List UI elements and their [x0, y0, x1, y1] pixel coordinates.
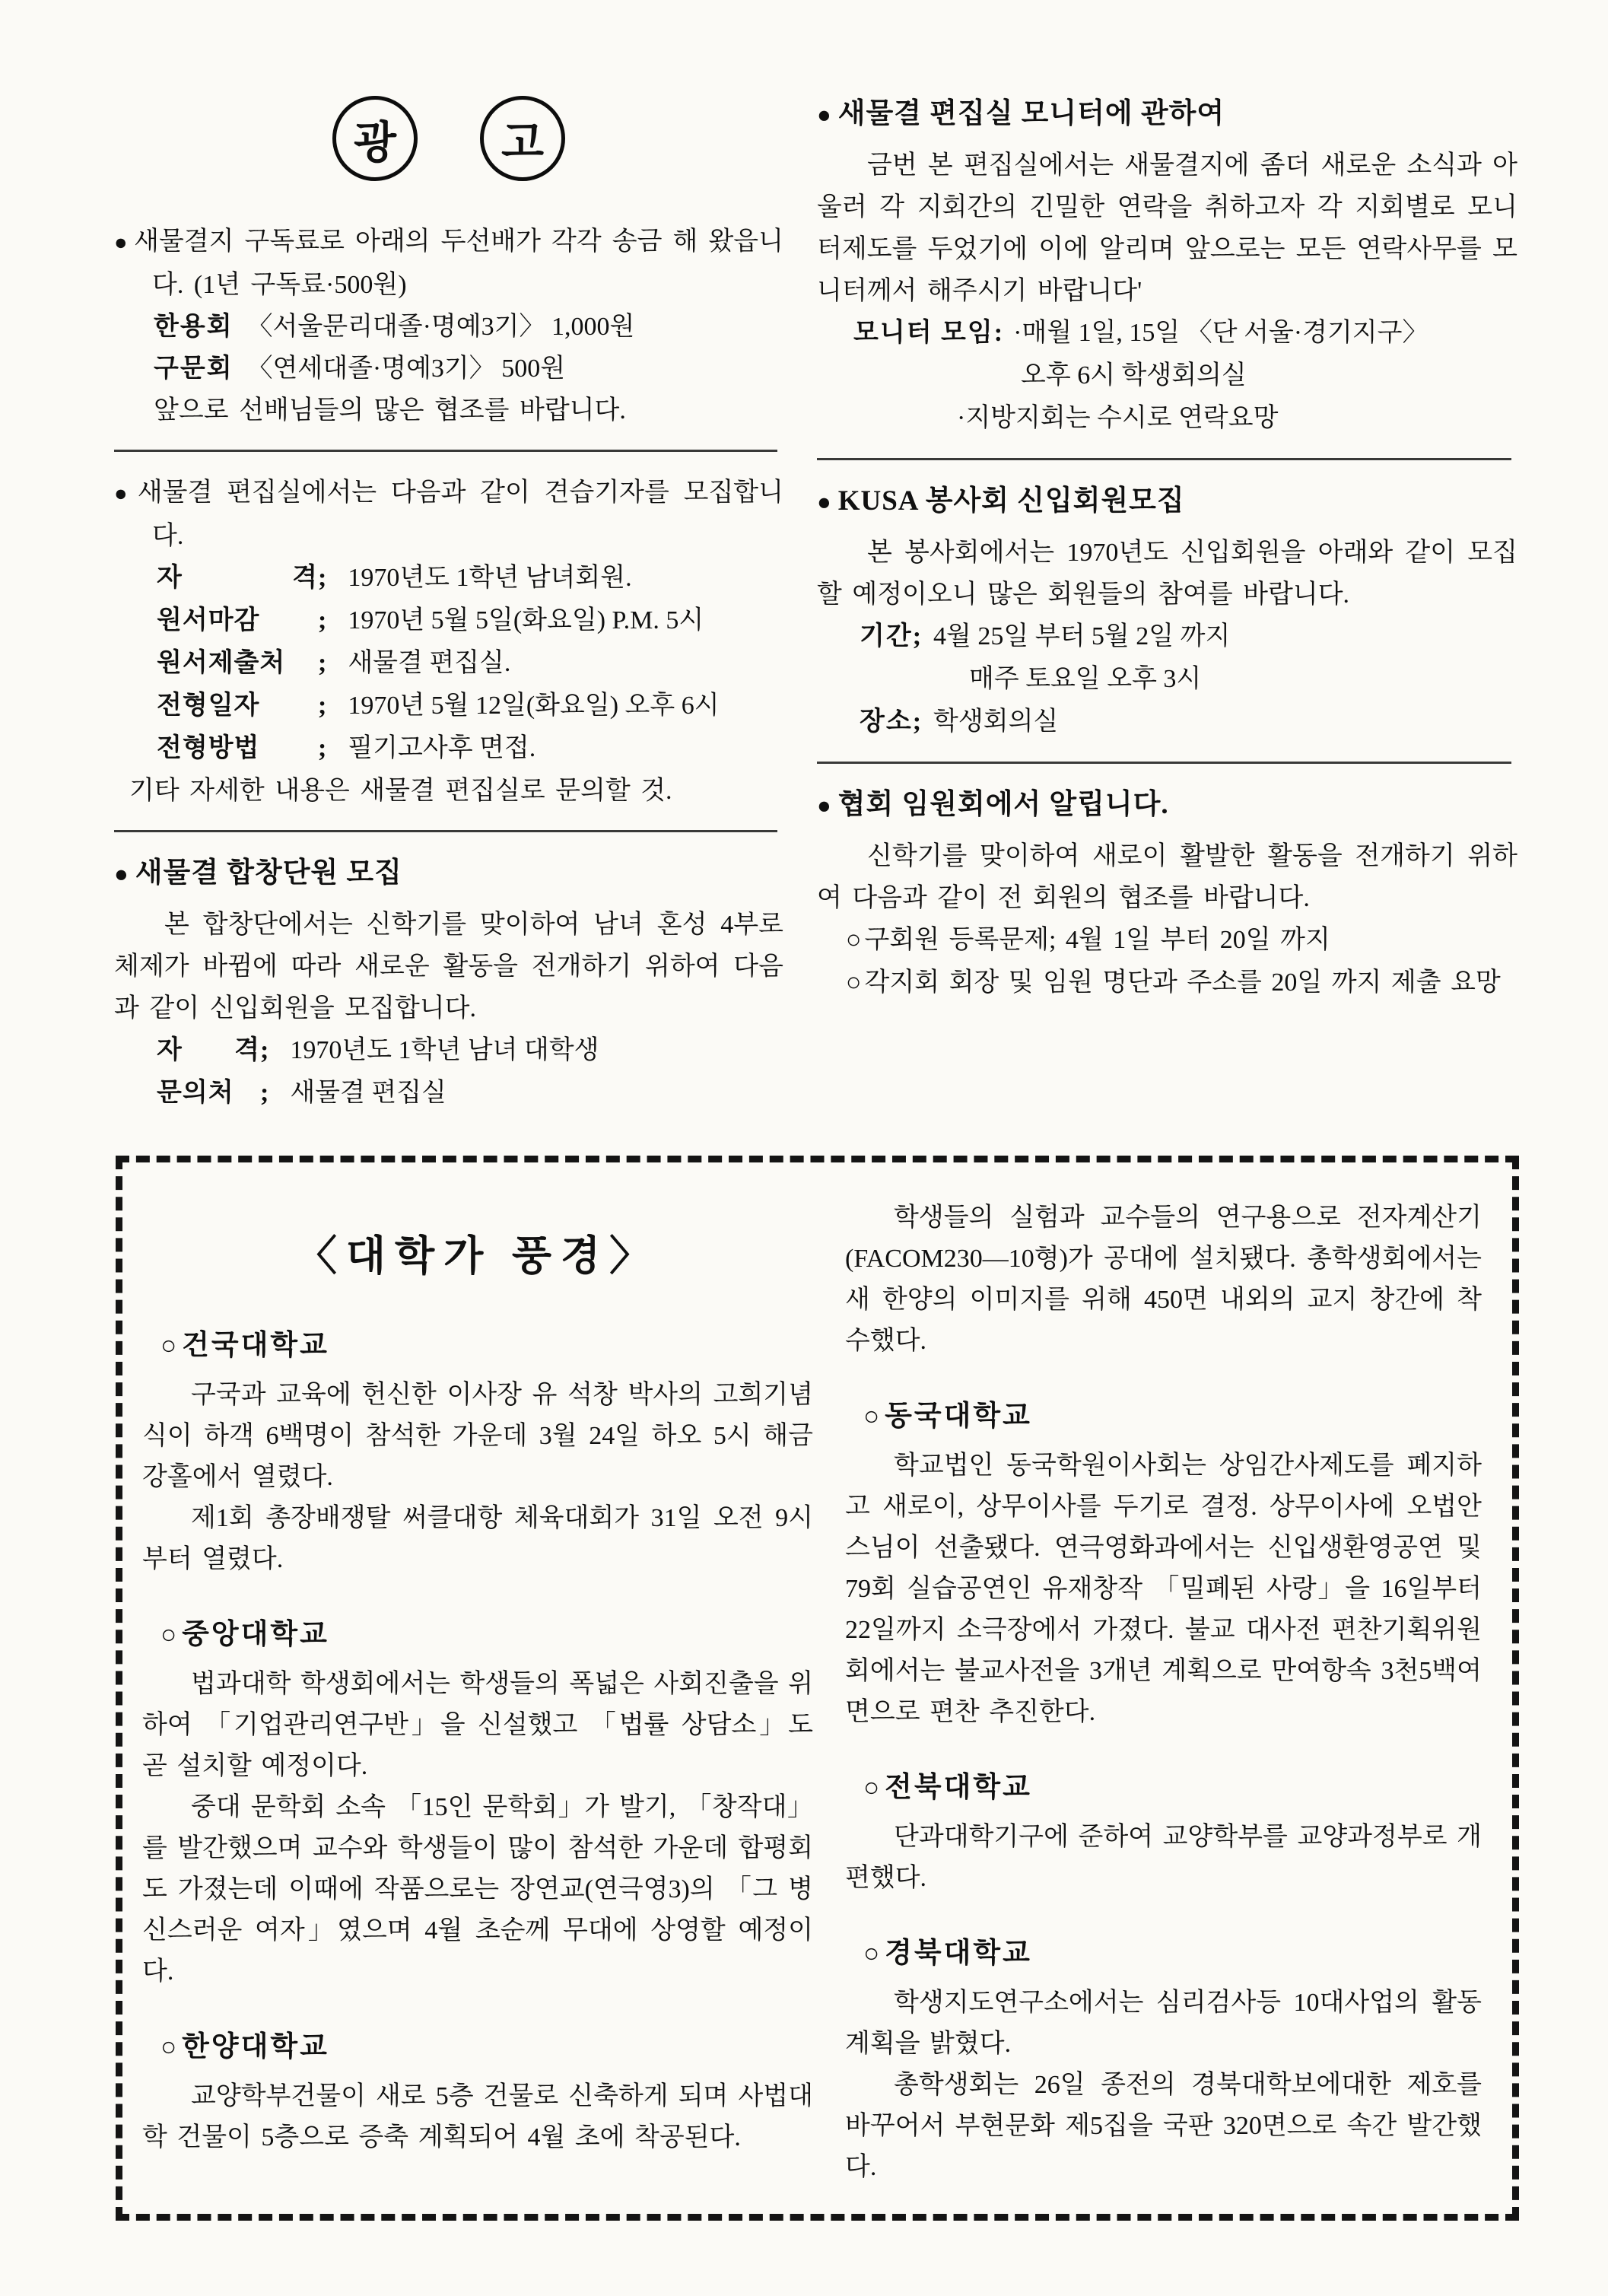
uni-paragraph: 학교법인 동국학원이사회는 상임간사제도를 폐지하고 새로이, 상무이사를 두기… [845, 1445, 1482, 1733]
section-divider [817, 762, 1511, 764]
uni-heading: ○동국대학교 [863, 1397, 1482, 1436]
uni-name: 동국대학교 [885, 1401, 1032, 1432]
donor-row: 한용회〈서울문리대졸·명예3기〉 1,000원 [114, 306, 783, 348]
circle-marker-icon: ○ [160, 1331, 179, 1360]
donor-detail: 〈서울문리대졸·명예3기〉 1,000원 [247, 313, 635, 341]
council-item-text: 구회원 등록문제; 4월 1일 부터 20일 까지 [865, 926, 1330, 954]
circle-marker-icon: ○ [846, 968, 862, 997]
campus-box-title: 〈대학가 풍경〉 [142, 1223, 813, 1282]
bullet-icon: ● [114, 860, 129, 887]
uni-section-jeonbuk: ○전북대학교 단과대학기구에 준하여 교양학부를 교양과정부로 개편했다. [845, 1768, 1482, 1899]
uni-paragraph: 총학생회는 26일 종전의 경북대학보에대한 제호를 바꾸어서 부현문화 제5집… [845, 2065, 1482, 2188]
detail-value: 필기고사후 면접. [348, 727, 535, 770]
detail-separator: ; [913, 615, 921, 658]
campus-news-box: 〈대학가 풍경〉 ○건국대학교 구국과 교육에 헌신한 이사장 유 석창 박사의… [116, 1156, 1519, 2221]
detail-row-submit-place: 원서제출처;새물결 편집실. [114, 642, 783, 685]
detail-row-period: 기간;4월 25일 부터 5월 2일 까지 [817, 615, 1517, 658]
detail-value: 1970년 5월 12일(화요일) 오후 6시 [348, 685, 719, 727]
section-kusa-recruit: ●KUSA 봉사회 신입회원모집 본 봉사회에서는 1970년도 신입회원을 아… [817, 480, 1517, 743]
masthead-seal-right: 고 [480, 96, 565, 181]
detail-value: 1970년 5월 5일(화요일) P.M. 5시 [348, 599, 704, 642]
campus-right-column: 학생들의 실험과 교수들의 연구용으로 전자계산기 (FACOM230—10형)… [845, 1193, 1482, 2183]
detail-label: 문의처 [157, 1072, 260, 1115]
detail-label: 기간 [860, 615, 913, 658]
uni-name: 건국대학교 [182, 1330, 329, 1361]
masthead-seal-left: 광 [332, 96, 418, 181]
section-divider [114, 830, 777, 832]
detail-label: 원서제출처 [157, 642, 318, 685]
circle-marker-icon: ○ [160, 2032, 179, 2062]
newspaper-page: 광 고 ●새물결지 구독료로 아래의 두선배가 각각 송금 해 왔읍니다. (1… [0, 0, 1608, 2296]
circle-marker-icon: ○ [846, 926, 862, 954]
detail-value: 새물결 편집실 [290, 1072, 446, 1115]
council-item: ○구회원 등록문제; 4월 1일 부터 20일 까지 [817, 919, 1517, 962]
uni-name: 전북대학교 [885, 1772, 1032, 1803]
right-column: ●새물결 편집실 모니터에 관하여 금번 본 편집실에서는 새물결지에 좀더 새… [817, 90, 1517, 1004]
uni-section-konkuk: ○건국대학교 구국과 교육에 헌신한 이사장 유 석창 박사의 고희기념식이 하… [142, 1326, 813, 1580]
kusa-heading: ●KUSA 봉사회 신입회원모집 [817, 480, 1517, 523]
uni-paragraph: 법과대학 학생회에서는 학생들의 폭넓은 사회진출을 위하여 「기업관리연구반」… [142, 1664, 813, 1787]
monitor-meeting-row: 모니터 모임:·매월 1일, 15일 〈단 서울·경기지구〉 [817, 312, 1517, 355]
detail-separator: ; [260, 1029, 269, 1072]
reporter-intro-text: 새물결 편집실에서는 다음과 같이 견습기자를 모집합니다. [138, 479, 783, 550]
section-subscription: ●새물결지 구독료로 아래의 두선배가 각각 송금 해 왔읍니다. (1년 구독… [114, 221, 783, 431]
circle-marker-icon: ○ [863, 1938, 882, 1968]
uni-heading: ○경북대학교 [863, 1934, 1482, 1973]
section-divider [114, 450, 777, 452]
monitor-heading: ●새물결 편집실 모니터에 관하여 [817, 93, 1517, 135]
council-body: 신학기를 맞이하여 새로이 활발한 활동을 전개하기 위하여 다음과 같이 전 … [817, 835, 1517, 919]
uni-name: 한양대학교 [182, 2031, 329, 2062]
detail-separator: ; [318, 727, 326, 770]
meeting-label: 모니터 모임 [853, 319, 994, 347]
uni-section-kyungpook: ○경북대학교 학생지도연구소에서는 심리검사등 10대사업의 활동계획을 밝혔다… [845, 1934, 1482, 2188]
choir-heading: ●새물결 합창단원 모집 [114, 852, 783, 895]
uni-paragraph: 구국과 교육에 헌신한 이사장 유 석창 박사의 고희기념식이 하객 6백명이 … [142, 1375, 813, 1498]
choir-body: 본 합창단에서는 신학기를 맞이하여 남녀 혼성 4부로 체제가 바뀜에 따라 … [114, 904, 783, 1029]
detail-row-deadline: 원서마감;1970년 5월 5일(화요일) P.M. 5시 [114, 599, 783, 642]
uni-paragraph: 제1회 총장배쟁탈 써클대항 체육대회가 31일 오전 9시부터 열렸다. [142, 1498, 813, 1580]
masthead-char-go: 고 [501, 107, 544, 170]
uni-heading: ○건국대학교 [160, 1326, 813, 1366]
bullet-icon: ● [114, 482, 132, 506]
council-item: ○각지회 회장 및 임원 명단과 주소를 20일 까지 제출 요망 [817, 962, 1517, 1004]
reporter-intro: ●새물결 편집실에서는 다음과 같이 견습기자를 모집합니다. [114, 472, 783, 557]
detail-row-screening-date: 전형일자;1970년 5월 12일(화요일) 오후 6시 [114, 685, 783, 727]
detail-separator: ; [318, 685, 326, 727]
kusa-body: 본 봉사회에서는 1970년도 신입회원을 아래와 같이 모집할 예정이오니 많… [817, 532, 1517, 615]
bullet-icon: ● [817, 792, 832, 819]
donor-name: 한용회 [154, 313, 234, 341]
detail-label: 자 격 [157, 1029, 260, 1072]
bullet-icon: ● [817, 488, 832, 515]
detail-label: 원서마감 [157, 599, 318, 642]
top-announcements: 광 고 ●새물결지 구독료로 아래의 두선배가 각각 송금 해 왔읍니다. (1… [114, 90, 1517, 1115]
uni-name: 중앙대학교 [182, 1619, 329, 1650]
bullet-icon: ● [114, 231, 128, 255]
circle-marker-icon: ○ [160, 1620, 179, 1649]
detail-label: 전형방법 [157, 727, 318, 770]
uni-paragraph: 학생지도연구소에서는 심리검사등 10대사업의 활동계획을 밝혔다. [845, 1983, 1482, 2065]
period-sub-line: 매주 토요일 오후 3시 [817, 658, 1517, 701]
bullet-icon: ● [817, 101, 832, 128]
detail-label: 자 격 [157, 557, 318, 599]
section-reporter-recruit: ●새물결 편집실에서는 다음과 같이 견습기자를 모집합니다. 자 격;1970… [114, 472, 783, 812]
meeting-place-line: 오후 6시 학생회의실 [817, 355, 1517, 397]
section-choir-recruit: ●새물결 합창단원 모집 본 합창단에서는 신학기를 맞이하여 남녀 혼성 4부… [114, 852, 783, 1115]
council-heading: ●협회 임원회에서 알립니다. [817, 784, 1517, 826]
detail-row-place: 장소;학생회의실 [817, 701, 1517, 743]
hanyang-continuation-paragraph: 학생들의 실험과 교수들의 연구용으로 전자계산기 (FACOM230—10형)… [845, 1197, 1482, 1362]
detail-separator: ; [318, 599, 326, 642]
detail-value: 학생회의실 [933, 701, 1058, 743]
council-item-text: 각지회 회장 및 임원 명단과 주소를 20일 까지 제출 요망 [865, 968, 1501, 997]
detail-separator: ; [318, 642, 326, 685]
detail-row-qualification: 자 격;1970년도 1학년 남녀 대학생 [114, 1029, 783, 1072]
detail-label: 장소 [860, 701, 913, 743]
subscription-intro: ●새물결지 구독료로 아래의 두선배가 각각 송금 해 왔읍니다. (1년 구독… [114, 221, 783, 306]
monitor-body: 금번 본 편집실에서는 새물결지에 좀더 새로운 소식과 아울러 각 지회간의 … [817, 145, 1517, 312]
uni-paragraph: 중대 문학회 소속 「15인 문학회」가 발기, 「창작대」를 발간했으며 교수… [142, 1787, 813, 1992]
meeting-value: ·매월 1일, 15일 〈단 서울·경기지구〉 [1013, 319, 1428, 347]
detail-row-contact: 문의처;새물결 편집실 [114, 1072, 783, 1115]
meeting-colon: : [994, 319, 1003, 347]
section-council-notice: ●협회 임원회에서 알립니다. 신학기를 맞이하여 새로이 활발한 활동을 전개… [817, 784, 1517, 1004]
donor-row: 구문회〈연세대졸·명예3기〉 500원 [114, 348, 783, 390]
uni-section-hanyang: ○한양대학교 교양학부건물이 새로 5층 건물로 신축하게 되며 사법대학 건물… [142, 2027, 813, 2158]
detail-value: 1970년도 1학년 남녀회원. [348, 557, 631, 599]
circle-marker-icon: ○ [863, 1401, 882, 1431]
detail-separator: ; [913, 701, 921, 743]
uni-paragraph: 교양학부건물이 새로 5층 건물로 신축하게 되며 사법대학 건물이 5층으로 … [142, 2076, 813, 2158]
detail-value: 새물결 편집실. [348, 642, 510, 685]
left-column: 광 고 ●새물결지 구독료로 아래의 두선배가 각각 송금 해 왔읍니다. (1… [114, 90, 783, 1115]
uni-name: 경북대학교 [885, 1938, 1032, 1969]
section-divider [817, 458, 1511, 460]
council-heading-text: 협회 임원회에서 알립니다. [838, 789, 1169, 820]
donor-name: 구문회 [154, 355, 234, 383]
detail-row-screening-method: 전형방법;필기고사후 면접. [114, 727, 783, 770]
detail-separator: ; [260, 1072, 269, 1115]
detail-value: 1970년도 1학년 남녀 대학생 [290, 1029, 599, 1072]
meeting-note-line: ·지방지회는 수시로 연락요망 [817, 397, 1517, 440]
campus-left-column: 〈대학가 풍경〉 ○건국대학교 구국과 교육에 헌신한 이사장 유 석창 박사의… [142, 1193, 813, 2183]
kusa-heading-text: KUSA 봉사회 신입회원모집 [838, 485, 1185, 517]
uni-heading: ○전북대학교 [863, 1768, 1482, 1808]
monitor-heading-text: 새물결 편집실 모니터에 관하여 [838, 98, 1225, 129]
detail-separator: ; [318, 557, 326, 599]
detail-value: 4월 25일 부터 5월 2일 까지 [933, 615, 1230, 658]
uni-heading: ○중앙대학교 [160, 1615, 813, 1655]
uni-heading: ○한양대학교 [160, 2027, 813, 2067]
uni-section-dongguk: ○동국대학교 학교법인 동국학원이사회는 상임간사제도를 폐지하고 새로이, 상… [845, 1397, 1482, 1733]
subscription-intro-text: 새물결지 구독료로 아래의 두선배가 각각 송금 해 왔읍니다. (1년 구독료… [134, 227, 783, 299]
donor-detail: 〈연세대졸·명예3기〉 500원 [247, 355, 566, 383]
masthead-gwanggo: 광 고 [114, 96, 783, 181]
choir-heading-text: 새물결 합창단원 모집 [135, 857, 402, 889]
uni-paragraph: 단과대학기구에 준하여 교양학부를 교양과정부로 개편했다. [845, 1817, 1482, 1899]
circle-marker-icon: ○ [863, 1773, 882, 1802]
subscription-outro: 앞으로 선배님들의 많은 협조를 바랍니다. [114, 390, 783, 431]
uni-section-chungang: ○중앙대학교 법과대학 학생회에서는 학생들의 폭넓은 사회진출을 위하여 「기… [142, 1615, 813, 1992]
masthead-char-gwang: 광 [354, 107, 396, 170]
detail-label: 전형일자 [157, 685, 318, 727]
detail-row-qualification: 자 격;1970년도 1학년 남녀회원. [114, 557, 783, 599]
reporter-outro: 기타 자세한 내용은 새물결 편집실로 문의할 것. [114, 770, 783, 812]
section-monitor-notice: ●새물결 편집실 모니터에 관하여 금번 본 편집실에서는 새물결지에 좀더 새… [817, 93, 1517, 440]
